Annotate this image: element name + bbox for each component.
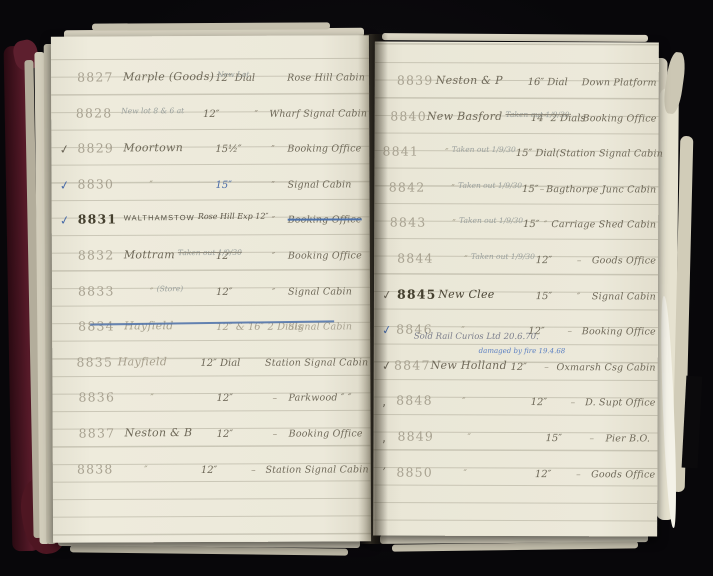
station-name: New Clee	[438, 287, 494, 300]
ledger-row: 8836″12″–Parkwood ″ ″	[60, 382, 368, 405]
entry-number: 8849	[397, 429, 441, 444]
station-name: ″	[124, 394, 154, 404]
ditto-mark: ″	[544, 220, 552, 230]
location: Parkwood ″ ″	[288, 393, 351, 404]
inline-annotation: Taken out 1/9/30	[178, 248, 242, 257]
ledger-row: ✓8831WALTHAMSTOWRose Hill Exp 12″″Bookin…	[60, 204, 368, 227]
location: Booking Office	[287, 144, 361, 155]
location: Rose Hill Cabin	[287, 72, 365, 83]
location: Booking Office	[583, 113, 657, 124]
station-cell: ″	[438, 460, 535, 479]
entry-number: 8838	[77, 461, 118, 476]
station-cell: Neston & B	[125, 421, 217, 440]
ledger-row: 8834Hayfield12″ & 16″ 2 DialsSignal Cabi…	[60, 311, 368, 334]
ledger-row: 8838″12″–Station Signal Cabin	[61, 453, 369, 476]
ledger-row: ✓8845New Clee15″″Signal Cabin	[382, 279, 656, 302]
dial-size: 15″	[522, 184, 540, 195]
station-name: ″	[438, 255, 468, 265]
station-cell: New BasfordTaken out 1/9/30	[427, 104, 531, 123]
inline-annotation: Taken out 1/9/30	[452, 145, 516, 154]
ditto-mark: –	[251, 465, 265, 475]
entry-number: 8832	[78, 247, 124, 262]
ditto-mark: ″	[271, 145, 287, 155]
dial-size: 15½″	[215, 144, 271, 155]
location: Booking Office	[288, 250, 362, 261]
dial-size: 16″ Dial	[528, 77, 568, 88]
dial-size: 12″	[216, 286, 272, 297]
entry-number: 8845	[397, 286, 438, 301]
ditto-mark: ″	[255, 109, 270, 119]
checkmark	[59, 83, 77, 86]
entry-number: 8831	[78, 212, 124, 227]
location: Goods Office	[591, 469, 655, 480]
location: Signal Cabin	[288, 179, 352, 190]
location: Booking Office	[582, 326, 656, 337]
location: Down Platform	[582, 77, 657, 88]
ledger-row: 8843″Taken out 1/9/3015″″Carriage Shed C…	[382, 208, 656, 231]
station-name: Moortown	[123, 141, 183, 154]
station-cell: ″Taken out 1/9/30	[438, 247, 535, 266]
ledger-row: 8837Neston & B12″–Booking Office	[61, 417, 369, 440]
ledger-row: 8828New lot 8 & 6 at12″″Wharf Signal Cab…	[59, 97, 367, 120]
entry-number: 8833	[78, 283, 124, 298]
entry-number: 8827	[77, 69, 123, 84]
ledger-row: 8840New BasfordTaken out 1/9/3014″ 2 Dia…	[383, 101, 657, 124]
dial-size: 12″	[203, 108, 255, 119]
ledger-row: 8844″Taken out 1/9/3012″–Goods Office	[382, 244, 656, 267]
station-name: Neston & P	[436, 74, 503, 87]
ledger-row: ✓8847New Hollanddamaged by fire 19.4.681…	[382, 350, 656, 373]
entry-number: 8830	[78, 176, 124, 191]
station-cell: ″Taken out 1/9/30	[425, 175, 522, 194]
inline-annotation: Rose Hill Exp 12″	[198, 212, 269, 221]
entry-number: 8848	[396, 393, 436, 408]
ditto-mark: ″	[272, 216, 288, 226]
station-cell: ″(Store)	[124, 279, 216, 298]
station-name: Neston & B	[125, 426, 193, 439]
location: Signal Cabin	[288, 286, 352, 297]
top-page-stack-edge	[92, 22, 330, 30]
entry-number: 8842	[389, 179, 426, 194]
ledger-photo: 8827Marple (Goods)New Lot12″ DialRose Hi…	[0, 0, 713, 576]
location: Booking Office	[288, 215, 362, 226]
inline-annotation: New Lot	[217, 70, 249, 79]
station-cell: ″	[436, 389, 531, 408]
book-gutter-shadow	[358, 34, 388, 544]
ditto-mark: –	[544, 363, 556, 373]
ledger-row: ✓8846″12″–Booking OfficeSold Rail Curios…	[382, 315, 656, 338]
entry-number: 8847	[394, 357, 431, 372]
station-name: ″	[438, 468, 468, 478]
checkmark	[60, 368, 76, 371]
checkmark: ✓	[59, 212, 79, 229]
dial-size: 15″	[536, 291, 577, 302]
dial-size: 12″	[217, 429, 273, 440]
right-tattered-page-gap	[682, 376, 703, 469]
entry-number: 8843	[390, 215, 427, 230]
station-cell: ″	[123, 172, 215, 191]
entry-number: 8828	[76, 105, 118, 120]
checkmark	[60, 297, 78, 300]
ledger-row: ✓8829Moortown15½″″Booking Office	[59, 133, 367, 156]
ditto-mark: –	[576, 470, 591, 480]
dial-size: 15″	[523, 219, 544, 230]
ditto-mark: ″	[272, 180, 288, 190]
ledger-row: ✓8830″15″″Signal Cabin	[59, 168, 367, 191]
station-name: ″	[441, 433, 471, 443]
entry-number: 8835	[76, 354, 117, 369]
station-cell: New Hollanddamaged by fire 19.4.68	[431, 353, 511, 372]
dial-size: 15″	[216, 180, 272, 191]
entry-number: 8837	[79, 425, 125, 440]
location: Station Signal Cabin	[265, 357, 368, 368]
dial-size: 15″	[545, 433, 589, 444]
checkmark	[60, 332, 78, 335]
inline-annotation: Taken out 1/9/30	[458, 181, 522, 190]
ledger-row: 8827Marple (Goods)New Lot12″ DialRose Hi…	[59, 61, 367, 84]
station-name: WALTHAMSTOW	[124, 213, 195, 222]
station-name: ″	[436, 397, 466, 407]
dial-size: 12″	[535, 469, 576, 480]
inline-annotation: Taken out 1/9/30	[471, 252, 535, 261]
inline-annotation: (Store)	[157, 284, 184, 293]
entry-number: 8839	[397, 73, 436, 88]
ledger-row: 8841″Taken out 1/9/3015″ Dial(Station Si…	[382, 137, 656, 160]
location: Signal Cabin	[592, 291, 656, 302]
ledger-row: 8835Hayfield12″ DialStation Signal Cabin	[60, 346, 368, 369]
ditto-mark: ″	[272, 252, 288, 262]
dial-size: 12″	[536, 255, 577, 266]
entry-number: 8829	[77, 141, 123, 156]
left-page-rows: 8827Marple (Goods)New Lot12″ DialRose Hi…	[51, 35, 371, 542]
ditto-mark: –	[272, 394, 288, 404]
station-name: New Holland	[431, 358, 507, 371]
ledger-row: ´8850″12″–Goods Office	[381, 457, 655, 480]
location: Goods Office	[592, 255, 656, 266]
station-name: ″	[118, 465, 148, 475]
ledger-row: 8842″Taken out 1/9/3015″–Bagthorpe Junc …	[382, 172, 656, 195]
location: D. Supt Office	[585, 398, 656, 409]
location: Pier B.O.	[605, 433, 650, 444]
station-name: ″	[425, 183, 455, 193]
entry-number: 8836	[78, 390, 124, 405]
station-cell: ″Taken out 1/9/30	[426, 211, 523, 230]
ditto-mark: –	[273, 430, 289, 440]
station-name: Hayfield	[118, 355, 167, 368]
location: Booking Office	[289, 428, 363, 439]
right-page-rows: 8839Neston & P16″ DialDown Platform8840N…	[373, 42, 659, 537]
ditto-mark: ″	[272, 287, 288, 297]
station-name: New Basford	[427, 109, 503, 122]
station-cell: ″	[441, 425, 545, 444]
blue-ink-annotation: damaged by fire 19.4.68	[479, 347, 566, 355]
station-cell: Marple (Goods)New Lot	[123, 65, 215, 84]
disposal-annotation: Sold Rail Curios Ltd 20.6.70.	[414, 332, 539, 342]
inline-annotation: Taken out 1/9/30	[459, 216, 523, 225]
ditto-mark: ″	[577, 292, 592, 302]
location: Wharf Signal Cabin	[269, 108, 367, 119]
station-cell: MottramTaken out 1/9/30	[124, 243, 216, 262]
entry-number: 8834	[78, 319, 124, 334]
inline-annotation: New lot 8 & 6 at	[121, 106, 184, 115]
ledger-row: 8833″(Store)12″″Signal Cabin	[60, 275, 368, 298]
entry-number: 8850	[396, 464, 437, 479]
checkmark	[61, 439, 79, 442]
checkmark	[61, 403, 79, 406]
location: Oxmarsh Csg Cabin	[557, 362, 656, 373]
ledger-row: ,8848″12″–D. Supt Office	[382, 386, 656, 409]
location: Bagthorpe Junc Cabin	[546, 184, 656, 195]
entry-number: 8840	[390, 108, 427, 123]
station-cell: ″Taken out 1/9/30	[419, 140, 516, 159]
ledger-row: 8832MottramTaken out 1/9/3012″″Booking O…	[60, 239, 368, 262]
dial-size: 12″ Dial	[200, 358, 250, 369]
ditto-mark: –	[568, 327, 582, 337]
station-name: Mottram	[124, 248, 175, 261]
dial-size: 12″	[510, 362, 544, 373]
station-name: ″	[419, 148, 449, 158]
checkmark	[60, 261, 78, 264]
station-name: Hayfield	[124, 319, 173, 332]
station-cell: New Clee	[438, 282, 536, 301]
checkmark	[61, 475, 77, 478]
page-right: 8839Neston & P16″ DialDown Platform8840N…	[373, 42, 659, 537]
ditto-mark: –	[577, 256, 592, 266]
ditto-mark: –	[589, 434, 605, 444]
dial-size: 12″ & 16″ 2 Dials	[216, 322, 272, 333]
top-page-stack-edge	[382, 33, 648, 42]
station-cell: Neston & P	[436, 69, 528, 88]
station-cell: New lot 8 & 6 at	[118, 101, 203, 120]
station-cell: Hayfield	[118, 350, 201, 369]
dial-size: 12″	[201, 464, 251, 475]
checkmark: ✓	[58, 176, 78, 193]
station-name: ″	[426, 219, 456, 229]
checkmark	[59, 119, 75, 122]
dial-size: 12″	[216, 393, 272, 404]
location: Carriage Shed Cabin	[551, 220, 656, 231]
station-name: ″	[124, 287, 154, 297]
station-cell: Moortown	[123, 136, 215, 155]
station-cell: ″	[124, 385, 216, 404]
location: Signal Cabin	[288, 322, 352, 333]
station-cell: ″	[118, 457, 201, 476]
dial-size: 15″ Dial	[516, 148, 556, 159]
station-cell: WALTHAMSTOWRose Hill Exp 12″	[124, 207, 216, 226]
location: Station Signal Cabin	[265, 464, 368, 475]
ledger-row: ,8849″15″–Pier B.O.	[381, 422, 655, 445]
station-name: Marple (Goods)	[123, 70, 214, 83]
inline-annotation: Taken out 1/9/30	[506, 110, 570, 119]
page-left: 8827Marple (Goods)New Lot12″ DialRose Hi…	[51, 35, 371, 542]
ledger-row: 8839Neston & P16″ DialDown Platform	[383, 66, 657, 89]
location: (Station Signal Cabin	[556, 148, 663, 159]
ditto-mark: –	[571, 399, 586, 409]
station-name: ″	[124, 180, 154, 190]
dial-size: 12″	[531, 397, 571, 408]
entry-number: 8844	[397, 251, 438, 266]
checkmark: ✓	[58, 140, 78, 157]
